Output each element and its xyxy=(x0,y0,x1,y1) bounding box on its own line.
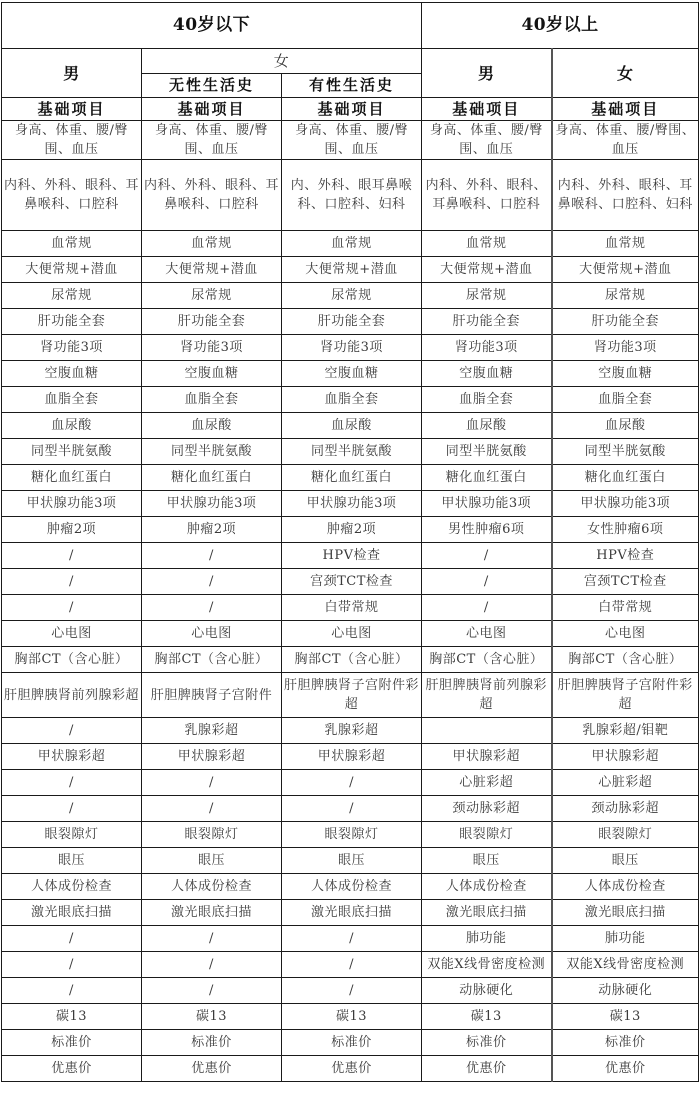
table-cell: 人体成份检查 xyxy=(552,874,699,900)
table-cell: / xyxy=(2,595,142,621)
table-cell: / xyxy=(142,569,282,595)
table-cell: 人体成份检查 xyxy=(2,874,142,900)
table-cell: 乳腺彩超 xyxy=(282,718,422,744)
table-cell: 糖化血红蛋白 xyxy=(142,465,282,491)
table-cell: 肝功能全套 xyxy=(142,309,282,335)
table-cell: / xyxy=(2,796,142,822)
table-cell: 优惠价 xyxy=(142,1056,282,1082)
table-cell: 肝胆脾胰肾前列腺彩超 xyxy=(422,673,552,718)
table-cell: 标准价 xyxy=(282,1030,422,1056)
table-row: //白带常规/白带常规 xyxy=(2,595,699,621)
table-cell: 优惠价 xyxy=(422,1056,552,1082)
table-cell: 空腹血糖 xyxy=(142,361,282,387)
table-cell: 颈动脉彩超 xyxy=(552,796,699,822)
table-cell: 尿常规 xyxy=(142,283,282,309)
table-cell: 甲状腺功能3项 xyxy=(552,491,699,517)
table-row: ///颈动脉彩超颈动脉彩超 xyxy=(2,796,699,822)
table-cell: 眼压 xyxy=(142,848,282,874)
table-cell: 标准价 xyxy=(2,1030,142,1056)
table-cell: 宫颈TCT检查 xyxy=(552,569,699,595)
table-row: 空腹血糖空腹血糖空腹血糖空腹血糖空腹血糖 xyxy=(2,361,699,387)
table-cell: 人体成份检查 xyxy=(422,874,552,900)
table-cell: 血脂全套 xyxy=(422,387,552,413)
table-cell: 空腹血糖 xyxy=(422,361,552,387)
table-row: 大便常规+潜血大便常规+潜血大便常规+潜血大便常规+潜血大便常规+潜血 xyxy=(2,257,699,283)
table-cell: 胸部CT（含心脏） xyxy=(142,647,282,673)
table-cell: / xyxy=(422,569,552,595)
table-row: ///动脉硬化动脉硬化 xyxy=(2,978,699,1004)
table-cell: 女性肿瘤6项 xyxy=(552,517,699,543)
table-cell: 眼压 xyxy=(2,848,142,874)
table-cell: 肝功能全套 xyxy=(552,309,699,335)
table-cell: 标准价 xyxy=(552,1030,699,1056)
table-cell: 人体成份检查 xyxy=(142,874,282,900)
table-row: ///双能X线骨密度检测双能X线骨密度检测 xyxy=(2,952,699,978)
table-cell: / xyxy=(282,796,422,822)
table-cell: / xyxy=(142,770,282,796)
table-cell: 男性肿瘤6项 xyxy=(422,517,552,543)
table-cell: 同型半胱氨酸 xyxy=(2,439,142,465)
table-cell: / xyxy=(422,543,552,569)
table-cell: 尿常规 xyxy=(552,283,699,309)
table-cell: 优惠价 xyxy=(552,1056,699,1082)
header-under40-male: 男 xyxy=(2,49,142,98)
table-cell: 人体成份检查 xyxy=(282,874,422,900)
table-cell: 身高、体重、腰/臀围、血压 xyxy=(552,121,699,160)
table-cell: / xyxy=(2,569,142,595)
table-cell: 甲状腺功能3项 xyxy=(142,491,282,517)
sex-header-row: 男 女 男 女 xyxy=(2,49,699,74)
header-no-sex-history: 无性生活史 xyxy=(142,74,282,98)
table-cell: / xyxy=(2,543,142,569)
table-cell: 内、外科、眼耳鼻喉科、口腔科、妇科 xyxy=(282,160,422,231)
age-group-header-row: 40岁以下 40岁以上 xyxy=(2,3,699,49)
table-cell xyxy=(422,718,552,744)
table-row: 血尿酸血尿酸血尿酸血尿酸血尿酸 xyxy=(2,413,699,439)
table-row: 内科、外科、眼科、耳鼻喉科、口腔科内科、外科、眼科、耳鼻喉科、口腔科内、外科、眼… xyxy=(2,160,699,231)
table-row: 标准价标准价标准价标准价标准价 xyxy=(2,1030,699,1056)
table-cell: / xyxy=(142,796,282,822)
table-cell: / xyxy=(2,978,142,1004)
table-cell: 肝胆脾胰肾子宫附件彩超 xyxy=(282,673,422,718)
table-cell: / xyxy=(282,926,422,952)
table-cell: 眼裂隙灯 xyxy=(2,822,142,848)
table-cell: 同型半胱氨酸 xyxy=(282,439,422,465)
table-cell: 胸部CT（含心脏） xyxy=(552,647,699,673)
table-cell: 血脂全套 xyxy=(552,387,699,413)
table-row: 身高、体重、腰/臀围、血压身高、体重、腰/臀围、血压身高、体重、腰/臀围、血压身… xyxy=(2,121,699,160)
table-row: //宫颈TCT检查/宫颈TCT检查 xyxy=(2,569,699,595)
table-cell: 尿常规 xyxy=(2,283,142,309)
table-cell: 血常规 xyxy=(2,231,142,257)
exam-items-body: 身高、体重、腰/臀围、血压身高、体重、腰/臀围、血压身高、体重、腰/臀围、血压身… xyxy=(2,121,699,1082)
header-under40-female: 女 xyxy=(142,49,422,74)
table-cell: 肾功能3项 xyxy=(142,335,282,361)
table-cell: 白带常规 xyxy=(552,595,699,621)
table-cell: 胸部CT（含心脏） xyxy=(282,647,422,673)
table-cell: 动脉硬化 xyxy=(552,978,699,1004)
table-cell: / xyxy=(142,978,282,1004)
table-cell: / xyxy=(282,952,422,978)
table-cell: 碳13 xyxy=(282,1004,422,1030)
table-cell: 眼裂隙灯 xyxy=(552,822,699,848)
table-cell: 激光眼底扫描 xyxy=(2,900,142,926)
table-cell: 心脏彩超 xyxy=(552,770,699,796)
table-cell: 碳13 xyxy=(422,1004,552,1030)
table-cell: 肝胆脾胰肾子宫附件彩超 xyxy=(552,673,699,718)
header-over40-male: 男 xyxy=(422,49,552,98)
table-row: 甲状腺功能3项甲状腺功能3项甲状腺功能3项甲状腺功能3项甲状腺功能3项 xyxy=(2,491,699,517)
table-cell: 血脂全套 xyxy=(282,387,422,413)
table-row: 肝胆脾胰肾前列腺彩超肝胆脾胰肾子宫附件肝胆脾胰肾子宫附件彩超肝胆脾胰肾前列腺彩超… xyxy=(2,673,699,718)
basic-items-header-row: 基础项目 基础项目 基础项目 基础项目 基础项目 xyxy=(2,98,699,121)
header-has-sex-history: 有性生活史 xyxy=(282,74,422,98)
table-cell: 肝胆脾胰肾前列腺彩超 xyxy=(2,673,142,718)
table-cell: 甲状腺功能3项 xyxy=(282,491,422,517)
basic-items-label: 基础项目 xyxy=(282,98,422,121)
table-row: 尿常规尿常规尿常规尿常规尿常规 xyxy=(2,283,699,309)
table-cell: 甲状腺彩超 xyxy=(282,744,422,770)
table-cell: 碳13 xyxy=(2,1004,142,1030)
table-cell: 眼压 xyxy=(552,848,699,874)
basic-items-label: 基础项目 xyxy=(422,98,552,121)
table-cell: HPV检查 xyxy=(282,543,422,569)
table-cell: 大便常规+潜血 xyxy=(2,257,142,283)
table-cell: 血常规 xyxy=(552,231,699,257)
table-cell: / xyxy=(142,543,282,569)
table-row: 肝功能全套肝功能全套肝功能全套肝功能全套肝功能全套 xyxy=(2,309,699,335)
table-cell: 白带常规 xyxy=(282,595,422,621)
table-cell: 肿瘤2项 xyxy=(142,517,282,543)
table-cell: 眼裂隙灯 xyxy=(142,822,282,848)
table-cell: 眼压 xyxy=(422,848,552,874)
table-cell: 身高、体重、腰/臀围、血压 xyxy=(142,121,282,160)
table-row: ///心脏彩超心脏彩超 xyxy=(2,770,699,796)
table-cell: 颈动脉彩超 xyxy=(422,796,552,822)
table-cell: 血尿酸 xyxy=(422,413,552,439)
table-row: 糖化血红蛋白糖化血红蛋白糖化血红蛋白糖化血红蛋白糖化血红蛋白 xyxy=(2,465,699,491)
table-cell: / xyxy=(282,770,422,796)
table-cell: 甲状腺彩超 xyxy=(2,744,142,770)
table-cell: 激光眼底扫描 xyxy=(422,900,552,926)
table-cell: 标准价 xyxy=(142,1030,282,1056)
table-cell: 身高、体重、腰/臀围、血压 xyxy=(422,121,552,160)
table-cell: 心电图 xyxy=(142,621,282,647)
basic-items-label: 基础项目 xyxy=(2,98,142,121)
table-cell: 碳13 xyxy=(552,1004,699,1030)
table-cell: 肿瘤2项 xyxy=(2,517,142,543)
table-cell: 血脂全套 xyxy=(142,387,282,413)
table-cell: 空腹血糖 xyxy=(282,361,422,387)
table-cell: 内科、外科、眼科、耳鼻喉科、口腔科 xyxy=(422,160,552,231)
table-cell: 内科、外科、眼科、耳鼻喉科、口腔科 xyxy=(142,160,282,231)
table-cell: 空腹血糖 xyxy=(552,361,699,387)
table-cell: 优惠价 xyxy=(282,1056,422,1082)
table-cell: 激光眼底扫描 xyxy=(142,900,282,926)
table-cell: 内科、外科、眼科、耳鼻喉科、口腔科、妇科 xyxy=(552,160,699,231)
table-cell: 激光眼底扫描 xyxy=(282,900,422,926)
table-row: 心电图心电图心电图心电图心电图 xyxy=(2,621,699,647)
table-cell: / xyxy=(282,978,422,1004)
table-cell: / xyxy=(422,595,552,621)
basic-items-label: 基础项目 xyxy=(552,98,699,121)
table-cell: 尿常规 xyxy=(422,283,552,309)
table-cell: 甲状腺功能3项 xyxy=(2,491,142,517)
header-over-40: 40岁以上 xyxy=(422,3,699,49)
table-cell: 肝功能全套 xyxy=(2,309,142,335)
table-cell: 肿瘤2项 xyxy=(282,517,422,543)
header-over40-female: 女 xyxy=(552,49,699,98)
table-cell: 肾功能3项 xyxy=(2,335,142,361)
table-cell: 血常规 xyxy=(282,231,422,257)
table-row: 血脂全套血脂全套血脂全套血脂全套血脂全套 xyxy=(2,387,699,413)
table-cell: 心脏彩超 xyxy=(422,770,552,796)
table-cell: 甲状腺功能3项 xyxy=(422,491,552,517)
table-cell: 大便常规+潜血 xyxy=(422,257,552,283)
table-cell: 甲状腺彩超 xyxy=(422,744,552,770)
table-row: 人体成份检查人体成份检查人体成份检查人体成份检查人体成份检查 xyxy=(2,874,699,900)
table-cell: 心电图 xyxy=(2,621,142,647)
table-cell: / xyxy=(2,718,142,744)
table-cell: 大便常规+潜血 xyxy=(142,257,282,283)
table-cell: 乳腺彩超/钼靶 xyxy=(552,718,699,744)
table-cell: 肾功能3项 xyxy=(422,335,552,361)
table-cell: / xyxy=(142,952,282,978)
table-cell: 血尿酸 xyxy=(142,413,282,439)
table-cell: / xyxy=(2,770,142,796)
table-cell: 双能X线骨密度检测 xyxy=(552,952,699,978)
table-cell: 糖化血红蛋白 xyxy=(552,465,699,491)
table-cell: 身高、体重、腰/臀围、血压 xyxy=(2,121,142,160)
checkup-package-table: 40岁以下 40岁以上 男 女 男 女 无性生活史 有性生活史 基础项目 基础项… xyxy=(1,2,699,1082)
table-cell: 肝胆脾胰肾子宫附件 xyxy=(142,673,282,718)
table-cell: 肝功能全套 xyxy=(422,309,552,335)
table-cell: 血脂全套 xyxy=(2,387,142,413)
table-cell: 胸部CT（含心脏） xyxy=(422,647,552,673)
table-cell: 心电图 xyxy=(552,621,699,647)
table-row: 碳13碳13碳13碳13碳13 xyxy=(2,1004,699,1030)
table-cell: 同型半胱氨酸 xyxy=(552,439,699,465)
table-cell: 双能X线骨密度检测 xyxy=(422,952,552,978)
table-row: 肿瘤2项肿瘤2项肿瘤2项男性肿瘤6项女性肿瘤6项 xyxy=(2,517,699,543)
table-cell: 眼裂隙灯 xyxy=(282,822,422,848)
table-row: //HPV检查/HPV检查 xyxy=(2,543,699,569)
table-cell: 同型半胱氨酸 xyxy=(422,439,552,465)
table-cell: / xyxy=(2,926,142,952)
table-cell: 眼裂隙灯 xyxy=(422,822,552,848)
table-row: 胸部CT（含心脏）胸部CT（含心脏）胸部CT（含心脏）胸部CT（含心脏）胸部CT… xyxy=(2,647,699,673)
basic-items-label: 基础项目 xyxy=(142,98,282,121)
table-cell: 糖化血红蛋白 xyxy=(422,465,552,491)
table-cell: 肺功能 xyxy=(552,926,699,952)
table-cell: 宫颈TCT检查 xyxy=(282,569,422,595)
table-cell: 肺功能 xyxy=(422,926,552,952)
table-cell: 眼压 xyxy=(282,848,422,874)
table-cell: / xyxy=(2,952,142,978)
table-cell: 血尿酸 xyxy=(282,413,422,439)
table-row: /乳腺彩超乳腺彩超乳腺彩超/钼靶 xyxy=(2,718,699,744)
table-cell: 心电图 xyxy=(422,621,552,647)
table-cell: 甲状腺彩超 xyxy=(142,744,282,770)
header-under-40: 40岁以下 xyxy=(2,3,422,49)
table-cell: 碳13 xyxy=(142,1004,282,1030)
table-cell: 糖化血红蛋白 xyxy=(2,465,142,491)
table-cell: 血尿酸 xyxy=(552,413,699,439)
table-cell: HPV检查 xyxy=(552,543,699,569)
table-cell: 同型半胱氨酸 xyxy=(142,439,282,465)
table-cell: 大便常规+潜血 xyxy=(282,257,422,283)
table-cell: 尿常规 xyxy=(282,283,422,309)
table-cell: 甲状腺彩超 xyxy=(552,744,699,770)
table-cell: 身高、体重、腰/臀围、血压 xyxy=(282,121,422,160)
table-cell: 血常规 xyxy=(142,231,282,257)
table-cell: 血常规 xyxy=(422,231,552,257)
table-row: 眼裂隙灯眼裂隙灯眼裂隙灯眼裂隙灯眼裂隙灯 xyxy=(2,822,699,848)
table-cell: 优惠价 xyxy=(2,1056,142,1082)
table-cell: / xyxy=(142,926,282,952)
table-cell: 肝功能全套 xyxy=(282,309,422,335)
table-cell: 空腹血糖 xyxy=(2,361,142,387)
table-row: 眼压眼压眼压眼压眼压 xyxy=(2,848,699,874)
table-cell: 胸部CT（含心脏） xyxy=(2,647,142,673)
table-cell: 内科、外科、眼科、耳鼻喉科、口腔科 xyxy=(2,160,142,231)
table-row: ///肺功能肺功能 xyxy=(2,926,699,952)
table-row: 优惠价优惠价优惠价优惠价优惠价 xyxy=(2,1056,699,1082)
table-row: 激光眼底扫描激光眼底扫描激光眼底扫描激光眼底扫描激光眼底扫描 xyxy=(2,900,699,926)
table-cell: 血尿酸 xyxy=(2,413,142,439)
table-cell: 肾功能3项 xyxy=(282,335,422,361)
table-cell: 大便常规+潜血 xyxy=(552,257,699,283)
table-cell: 乳腺彩超 xyxy=(142,718,282,744)
table-cell: 心电图 xyxy=(282,621,422,647)
table-row: 肾功能3项肾功能3项肾功能3项肾功能3项肾功能3项 xyxy=(2,335,699,361)
table-cell: 动脉硬化 xyxy=(422,978,552,1004)
table-row: 血常规血常规血常规血常规血常规 xyxy=(2,231,699,257)
table-row: 同型半胱氨酸同型半胱氨酸同型半胱氨酸同型半胱氨酸同型半胱氨酸 xyxy=(2,439,699,465)
table-row: 甲状腺彩超甲状腺彩超甲状腺彩超甲状腺彩超甲状腺彩超 xyxy=(2,744,699,770)
table-cell: 激光眼底扫描 xyxy=(552,900,699,926)
table-cell: / xyxy=(142,595,282,621)
table-cell: 标准价 xyxy=(422,1030,552,1056)
table-cell: 糖化血红蛋白 xyxy=(282,465,422,491)
table-cell: 肾功能3项 xyxy=(552,335,699,361)
